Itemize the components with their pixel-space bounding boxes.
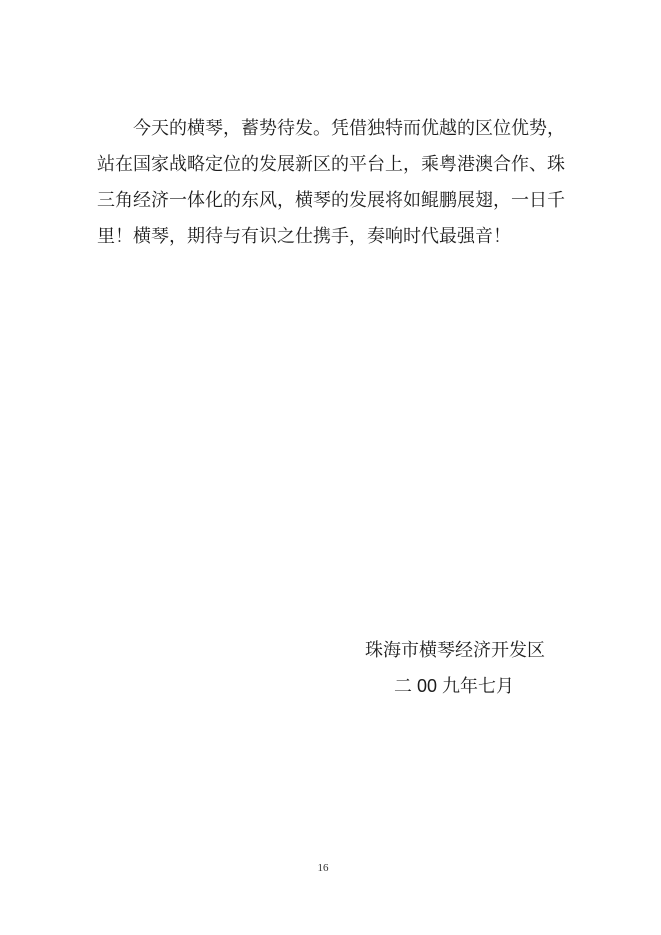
- signature-organization: 珠海市横琴经济开发区: [365, 632, 543, 668]
- page-number: 16: [0, 862, 646, 874]
- body-paragraph: 今天的横琴，蓄势待发。凭借独特而优越的区位优势，站在国家战略定位的发展新区的平台…: [97, 110, 565, 254]
- signature-date: 二 00 九年七月: [365, 668, 543, 704]
- signature-block: 珠海市横琴经济开发区 二 00 九年七月: [365, 632, 543, 704]
- document-page: 今天的横琴，蓄势待发。凭借独特而优越的区位优势，站在国家战略定位的发展新区的平台…: [0, 0, 661, 935]
